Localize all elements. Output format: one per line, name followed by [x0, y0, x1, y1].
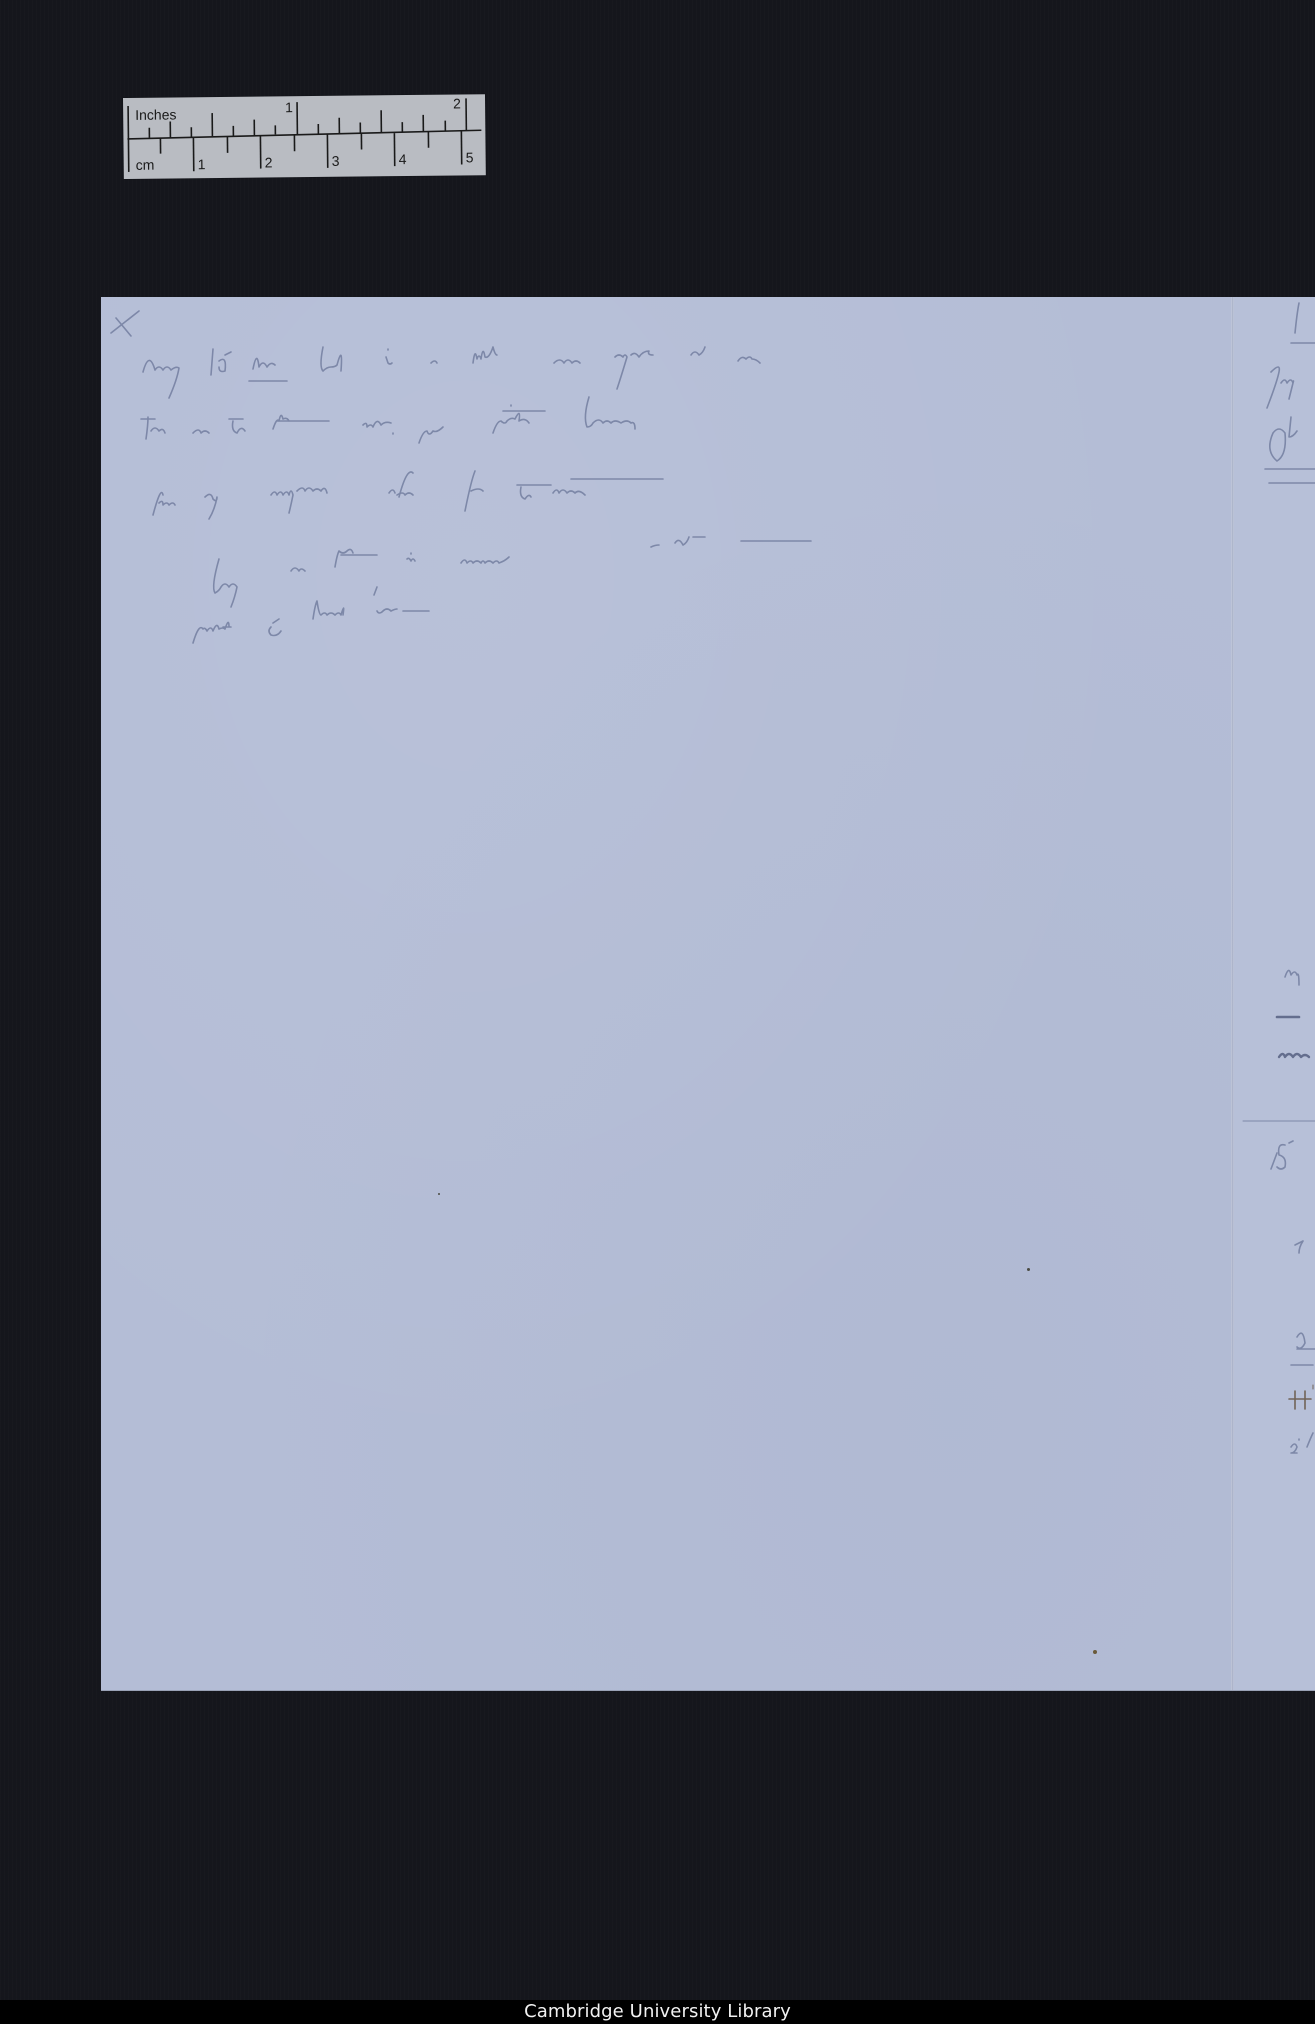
- ruler-inch-mark-2: 2: [453, 96, 461, 110]
- ruler-ticks-graphic: [123, 94, 486, 179]
- ruler-cm-mark-3: 3: [332, 154, 340, 168]
- page-fold: [1231, 297, 1234, 1690]
- paper-texture: [101, 297, 1315, 1690]
- paper-speck: [1093, 1650, 1097, 1654]
- footer-bar: Cambridge University Library: [0, 2000, 1315, 2024]
- manuscript-page: × Aug 16th One leaf is a little more inj…: [101, 297, 1315, 1690]
- ruler-cm-mark-5: 5: [466, 150, 474, 164]
- library-credit: Cambridge University Library: [524, 2000, 791, 2024]
- right-facing-page: [1234, 297, 1315, 1690]
- ruler-cm-mark-4: 4: [399, 152, 407, 166]
- ruler-inch-mark-1: 1: [285, 100, 293, 114]
- paper-speck: [438, 1193, 440, 1195]
- scale-ruler: Inches 1 2 cm 1 2 3 4 5: [123, 94, 486, 179]
- ruler-inches-label: Inches: [135, 107, 176, 121]
- ruler-cm-mark-2: 2: [265, 155, 273, 169]
- ruler-cm-label: cm: [136, 158, 155, 172]
- ruler-cm-mark-1: 1: [198, 157, 206, 171]
- paper-speck: [1027, 1268, 1030, 1271]
